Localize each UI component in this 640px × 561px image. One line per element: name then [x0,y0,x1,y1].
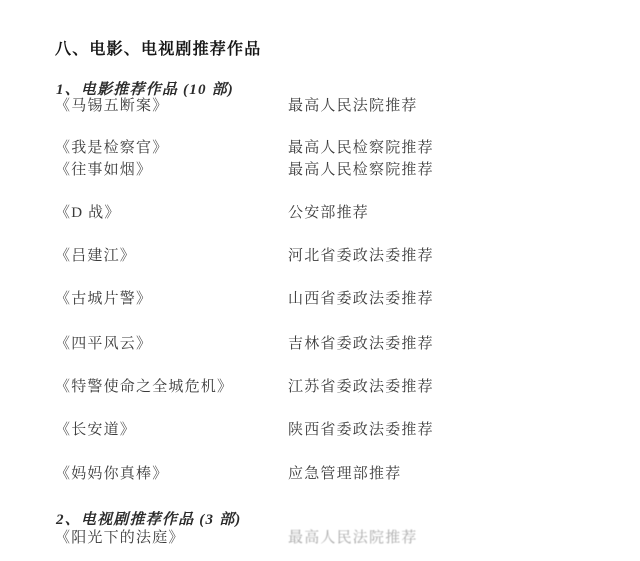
film-title: 《妈妈你真棒》 [55,466,288,483]
film-recommender: 吉林省委政法委推荐 [288,336,595,353]
film-recommender: 最高人民法院推荐 [288,98,595,115]
film-row: 《古城片警》 山西省委政法委推荐 [55,291,595,308]
film-row: 《特警使命之全城危机》 江苏省委政法委推荐 [55,379,595,396]
film-title: 《古城片警》 [55,291,288,308]
film-row: 《吕建江》 河北省委政法委推荐 [55,248,595,265]
tv-recommender: 最高人民法院推荐 [288,530,595,547]
film-title: 《D 战》 [55,205,288,222]
film-row: 《我是检察官》 最高人民检察院推荐 [55,140,595,157]
film-recommender: 河北省委政法委推荐 [288,248,595,265]
tv-title: 《阳光下的法庭》 [55,530,288,547]
section-2-header: 2、电视剧推荐作品 (3 部) [56,508,242,529]
film-row: 《D 战》 公安部推荐 [55,205,595,222]
film-row: 《妈妈你真棒》 应急管理部推荐 [55,466,595,483]
film-title: 《马锡五断案》 [55,98,288,115]
film-recommender: 陕西省委政法委推荐 [288,422,595,439]
film-recommender: 山西省委政法委推荐 [288,291,595,308]
document-heading: 八、电影、电视剧推荐作品 [55,36,261,59]
document-page: 八、电影、电视剧推荐作品 1、电影推荐作品 (10 部) 《马锡五断案》 最高人… [0,0,640,561]
film-recommender: 应急管理部推荐 [288,466,595,483]
film-title: 《长安道》 [55,422,288,439]
film-row: 《长安道》 陕西省委政法委推荐 [55,422,595,439]
film-title: 《四平风云》 [55,336,288,353]
film-recommender: 最高人民检察院推荐 [288,162,595,179]
film-title: 《往事如烟》 [55,162,288,179]
section-1-header: 1、电影推荐作品 (10 部) [56,78,234,99]
film-row: 《往事如烟》 最高人民检察院推荐 [55,162,595,179]
film-row: 《马锡五断案》 最高人民法院推荐 [55,98,595,115]
film-recommender: 最高人民检察院推荐 [288,140,595,157]
film-row: 《四平风云》 吉林省委政法委推荐 [55,336,595,353]
film-title: 《特警使命之全城危机》 [55,379,288,396]
film-recommender: 江苏省委政法委推荐 [288,379,595,396]
tv-row: 《阳光下的法庭》 最高人民法院推荐 [55,530,595,547]
film-recommender: 公安部推荐 [288,205,595,222]
film-title: 《我是检察官》 [55,140,288,157]
film-title: 《吕建江》 [55,248,288,265]
